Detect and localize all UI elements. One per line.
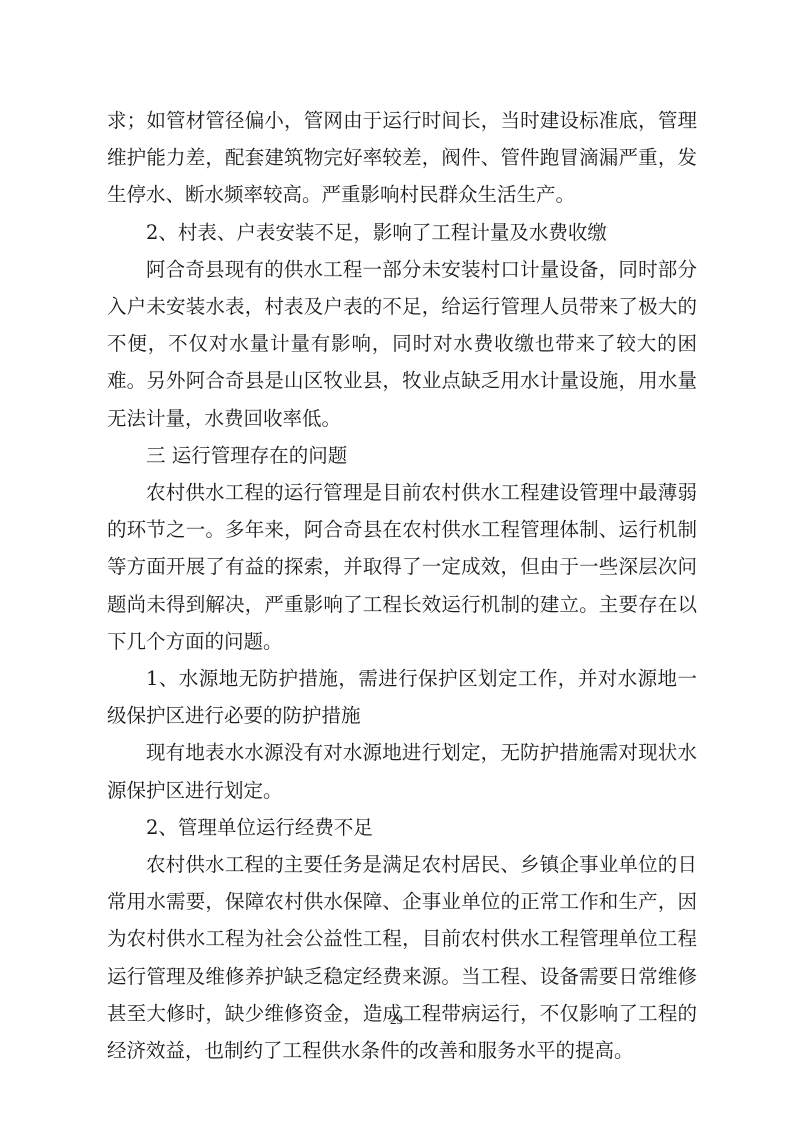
document-body: 求；如管材管径偏小，管网由于运行时间长，当时建设标准底，管理维护能力差，配套建筑… [107,102,697,1069]
section-heading-operation-issues: 三 运行管理存在的问题 [107,437,697,474]
paragraph-funding: 农村供水工程的主要任务是满足农村居民、乡镇企事业单位的日常用水需要，保障农村供水… [107,846,697,1069]
subheading-funding-shortage: 2、管理单位运行经费不足 [107,809,697,846]
paragraph-meters: 阿合奇县现有的供水工程一部分未安装村口计量设备，同时部分入户未安装水表，村表及户… [107,251,697,437]
paragraph-operation-management: 农村供水工程的运行管理是目前农村供水工程建设管理中最薄弱的环节之一。多年来，阿合… [107,474,697,660]
page-number: 29 [0,1012,793,1028]
paragraph-continued: 求；如管材管径偏小，管网由于运行时间长，当时建设标准底，管理维护能力差，配套建筑… [107,102,697,214]
subheading-meter-installation: 2、村表、户表安装不足，影响了工程计量及水费收缴 [107,214,697,251]
paragraph-water-source: 现有地表水水源没有对水源地进行划定，无防护措施需对现状水源保护区进行划定。 [107,734,697,808]
subheading-water-source-protection: 1、水源地无防护措施，需进行保护区划定工作，并对水源地一级保护区进行必要的防护措… [107,660,697,734]
